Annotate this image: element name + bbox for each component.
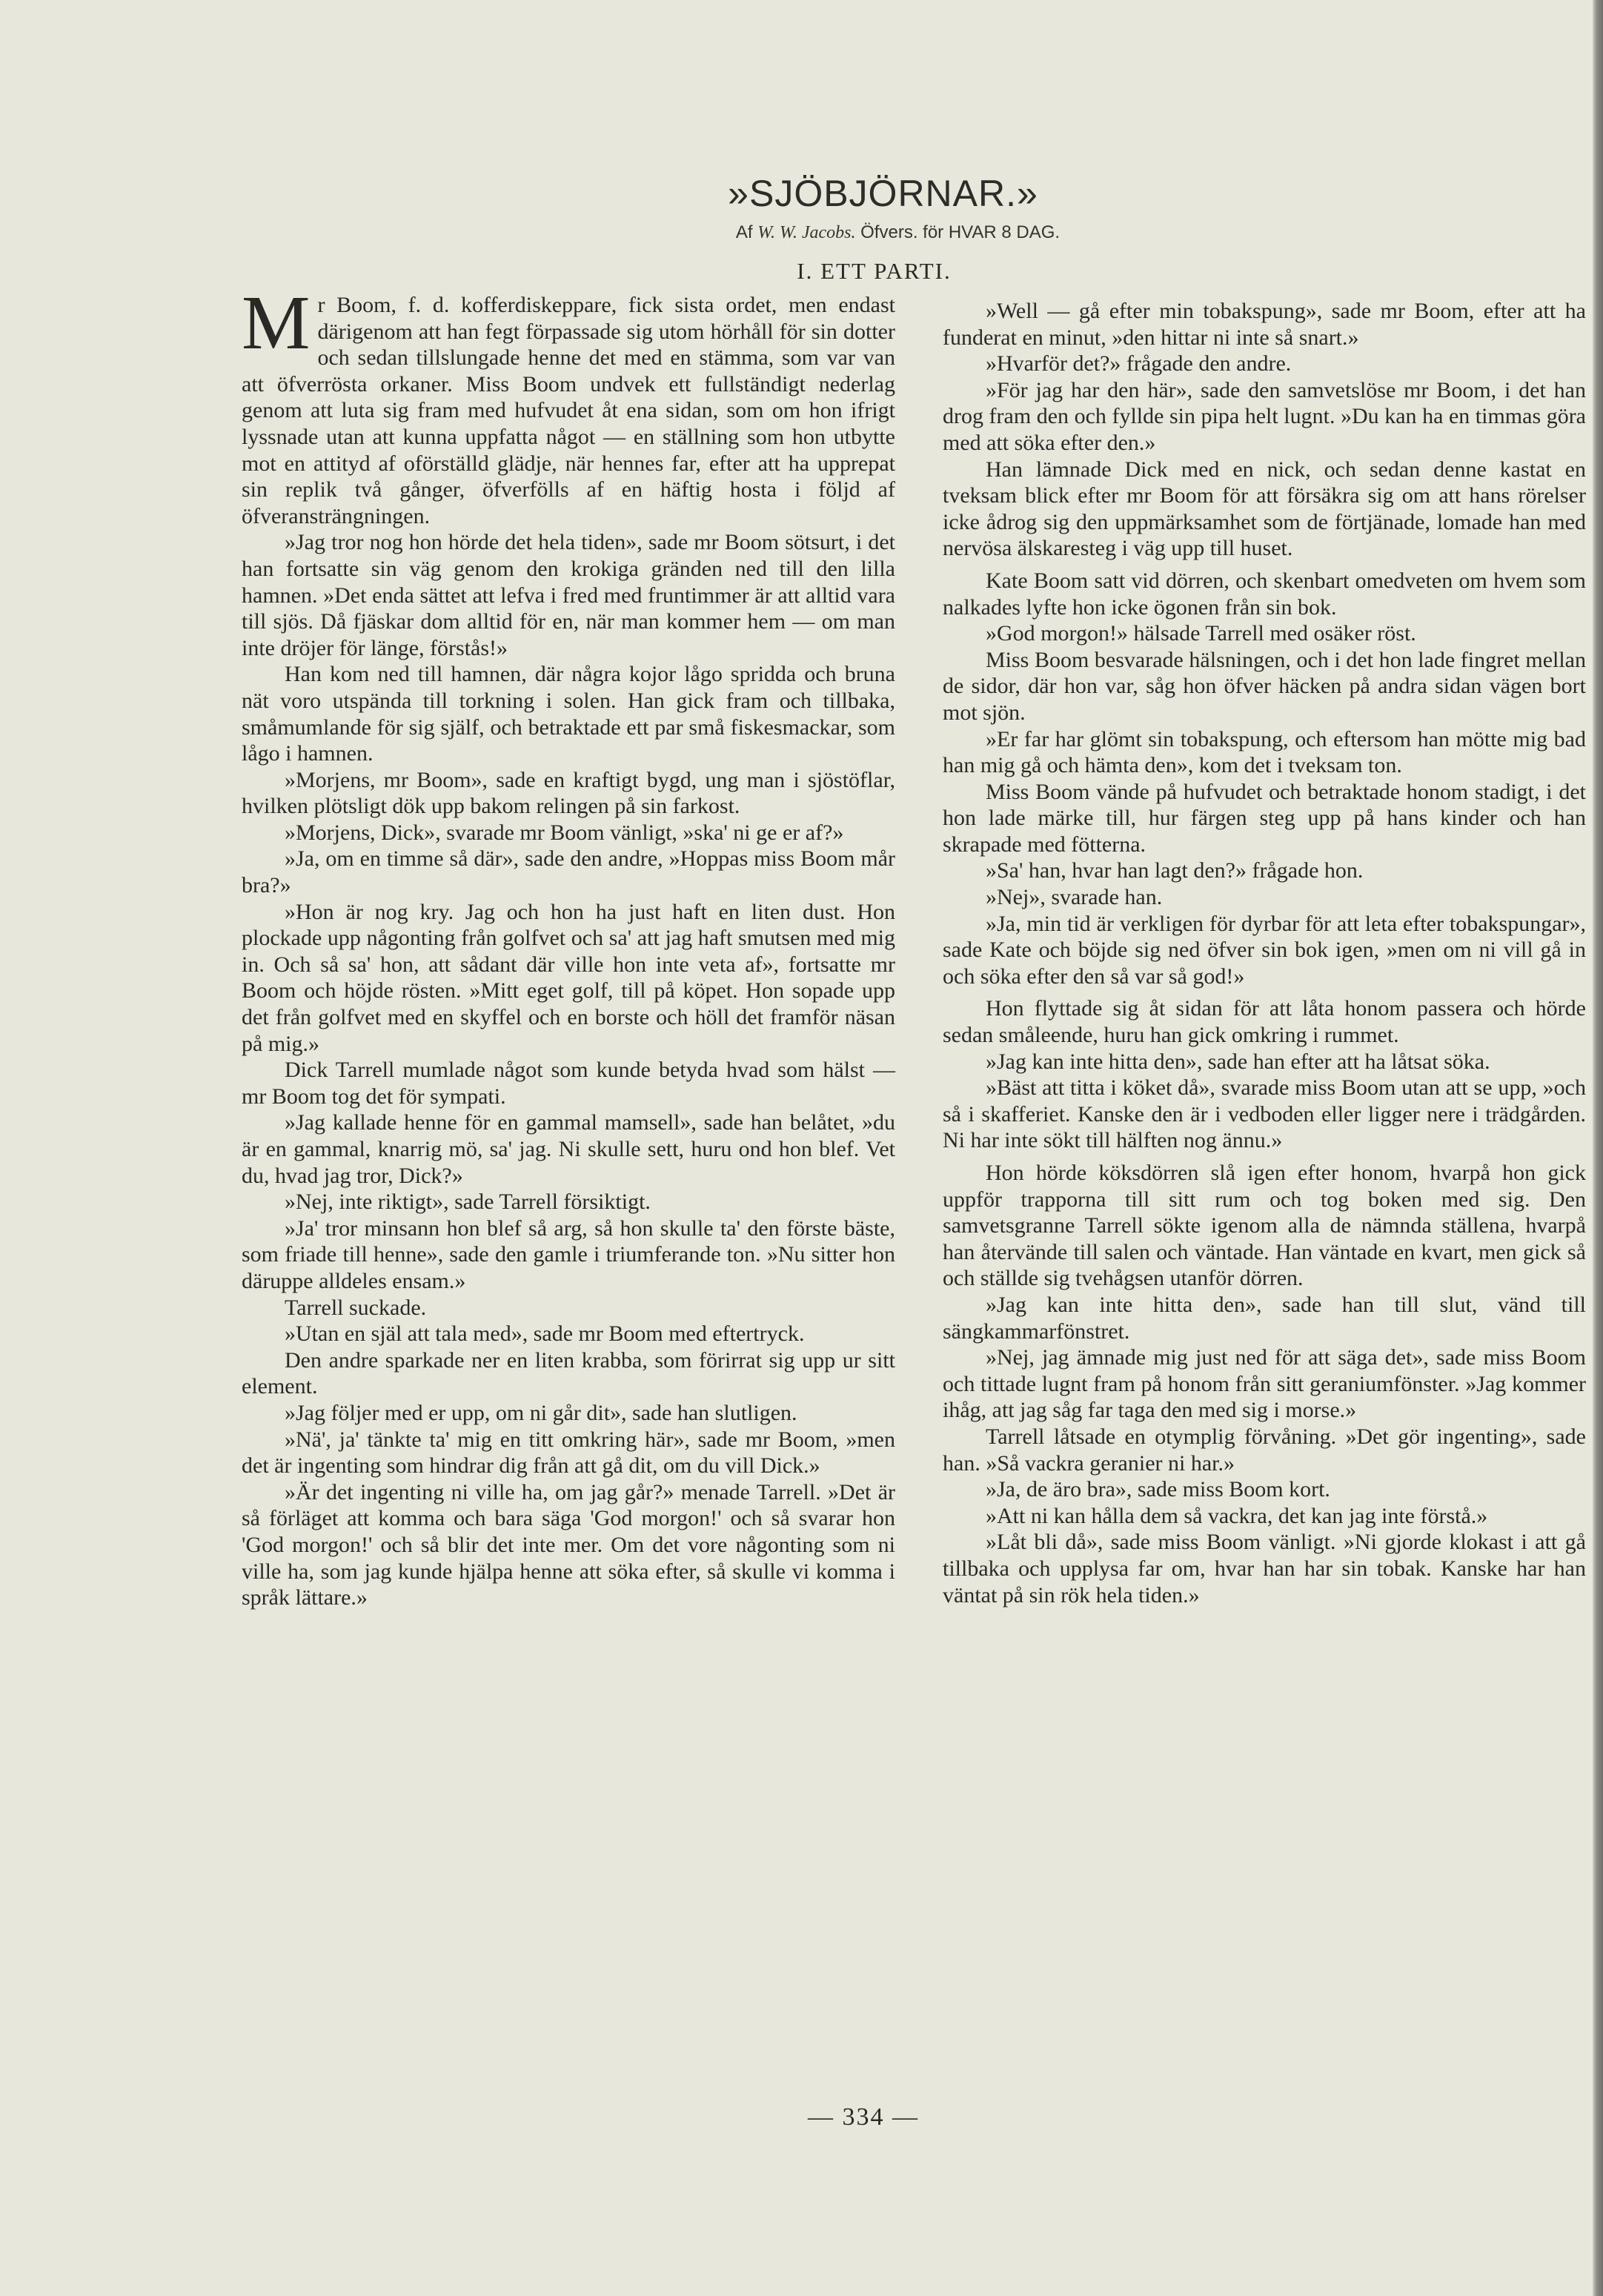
paragraph: Kate Boom satt vid dörren, och skenbart … <box>943 568 1586 620</box>
page-edge <box>1593 0 1603 2296</box>
paragraph: Han lämnade Dick med en nick, och sedan … <box>943 457 1586 562</box>
paragraph: Tarrell suckade. <box>242 1295 895 1321</box>
paragraph: Han kom ned till hamnen, där några kojor… <box>242 661 895 766</box>
right-column: »Well — gå efter min tobakspung», sade m… <box>943 292 1586 1608</box>
paragraph: »Well — gå efter min tobakspung», sade m… <box>943 298 1586 351</box>
paragraph: »Hvarför det?» frågade den andre. <box>943 351 1586 377</box>
article-title: »SJÖBJÖRNAR.» <box>82 172 1603 215</box>
paragraph-text: r Boom, f. d. kofferdiskeppare, fick sis… <box>242 293 895 528</box>
paragraph: Hon flyttade sig åt sidan för att låta h… <box>943 995 1586 1048</box>
paragraph: »Er far har glömt sin tobakspung, och ef… <box>943 726 1586 779</box>
paragraph: »Ja, om en timme så där», sade den andre… <box>242 846 895 898</box>
paragraph: Den andre sparkade ner en liten krabba, … <box>242 1347 895 1400</box>
paragraph: »God morgon!» hälsade Tarrell med osäker… <box>943 620 1586 647</box>
page-number: — 334 — <box>808 2103 919 2131</box>
paragraph: Mr Boom, f. d. kofferdiskeppare, fick si… <box>242 292 895 529</box>
paragraph: »Jag kan inte hitta den», sade han till … <box>943 1292 1586 1344</box>
paragraph: »Bäst att titta i köket då», svarade mis… <box>943 1075 1586 1154</box>
left-column: Mr Boom, f. d. kofferdiskeppare, fick si… <box>242 292 895 1611</box>
paragraph: »För jag har den här», sade den samvetsl… <box>943 377 1586 457</box>
paragraph: »Nej, inte riktigt», sade Tarrell försik… <box>242 1189 895 1215</box>
paragraph: »Utan en själ att tala med», sade mr Boo… <box>242 1321 895 1347</box>
paragraph: »Är det ingenting ni ville ha, om jag gå… <box>242 1479 895 1611</box>
paragraph: »Att ni kan hålla dem så vackra, det kan… <box>943 1503 1586 1530</box>
drop-cap: M <box>242 295 310 351</box>
paragraph: Tarrell låtsade en otymplig förvåning. »… <box>943 1424 1586 1476</box>
paragraph: Miss Boom vände på hufvudet och betrakta… <box>943 779 1586 858</box>
paragraph: »Nej», svarade han. <box>943 884 1586 911</box>
paragraph: »Nä', ja' tänkte ta' mig en titt omkring… <box>242 1427 895 1479</box>
paragraph: »Ja, de äro bra», sade miss Boom kort. <box>943 1476 1586 1503</box>
paragraph: »Morjens, mr Boom», sade en kraftigt byg… <box>242 767 895 820</box>
paragraph: Miss Boom besvarade hälsningen, och i de… <box>943 647 1586 726</box>
byline-author: W. W. Jacobs. <box>757 223 855 242</box>
byline-suffix: Öfvers. för HVAR 8 DAG. <box>855 222 1060 242</box>
paragraph: Dick Tarrell mumlade något som kunde bet… <box>242 1057 895 1109</box>
paragraph: »Hon är nog kry. Jag och hon ha just haf… <box>242 899 895 1058</box>
byline-prefix: Af <box>736 222 757 242</box>
paragraph: »Jag tror nog hon hörde det hela tiden»,… <box>242 529 895 661</box>
paragraph: »Nej, jag ämnade mig just ned för att sä… <box>943 1344 1586 1424</box>
paragraph: »Låt bli då», sade miss Boom vänligt. »N… <box>943 1529 1586 1608</box>
paragraph: Hon hörde köksdörren slå igen efter hono… <box>943 1160 1586 1292</box>
paragraph: »Jag kallade henne för en gammal mamsell… <box>242 1109 895 1189</box>
paragraph: »Jag följer med er upp, om ni går dit», … <box>242 1400 895 1427</box>
paragraph: »Sa' han, hvar han lagt den?» frågade ho… <box>943 857 1586 884</box>
byline: Af W. W. Jacobs. Öfvers. för HVAR 8 DAG. <box>96 222 1603 243</box>
paragraph: »Ja, min tid är verkligen för dyrbar för… <box>943 911 1586 990</box>
paragraph: »Ja' tror minsann hon blef så arg, så ho… <box>242 1215 895 1295</box>
paragraph: »Jag kan inte hitta den», sade han efter… <box>943 1049 1586 1075</box>
paragraph: »Morjens, Dick», svarade mr Boom vänligt… <box>242 820 895 846</box>
